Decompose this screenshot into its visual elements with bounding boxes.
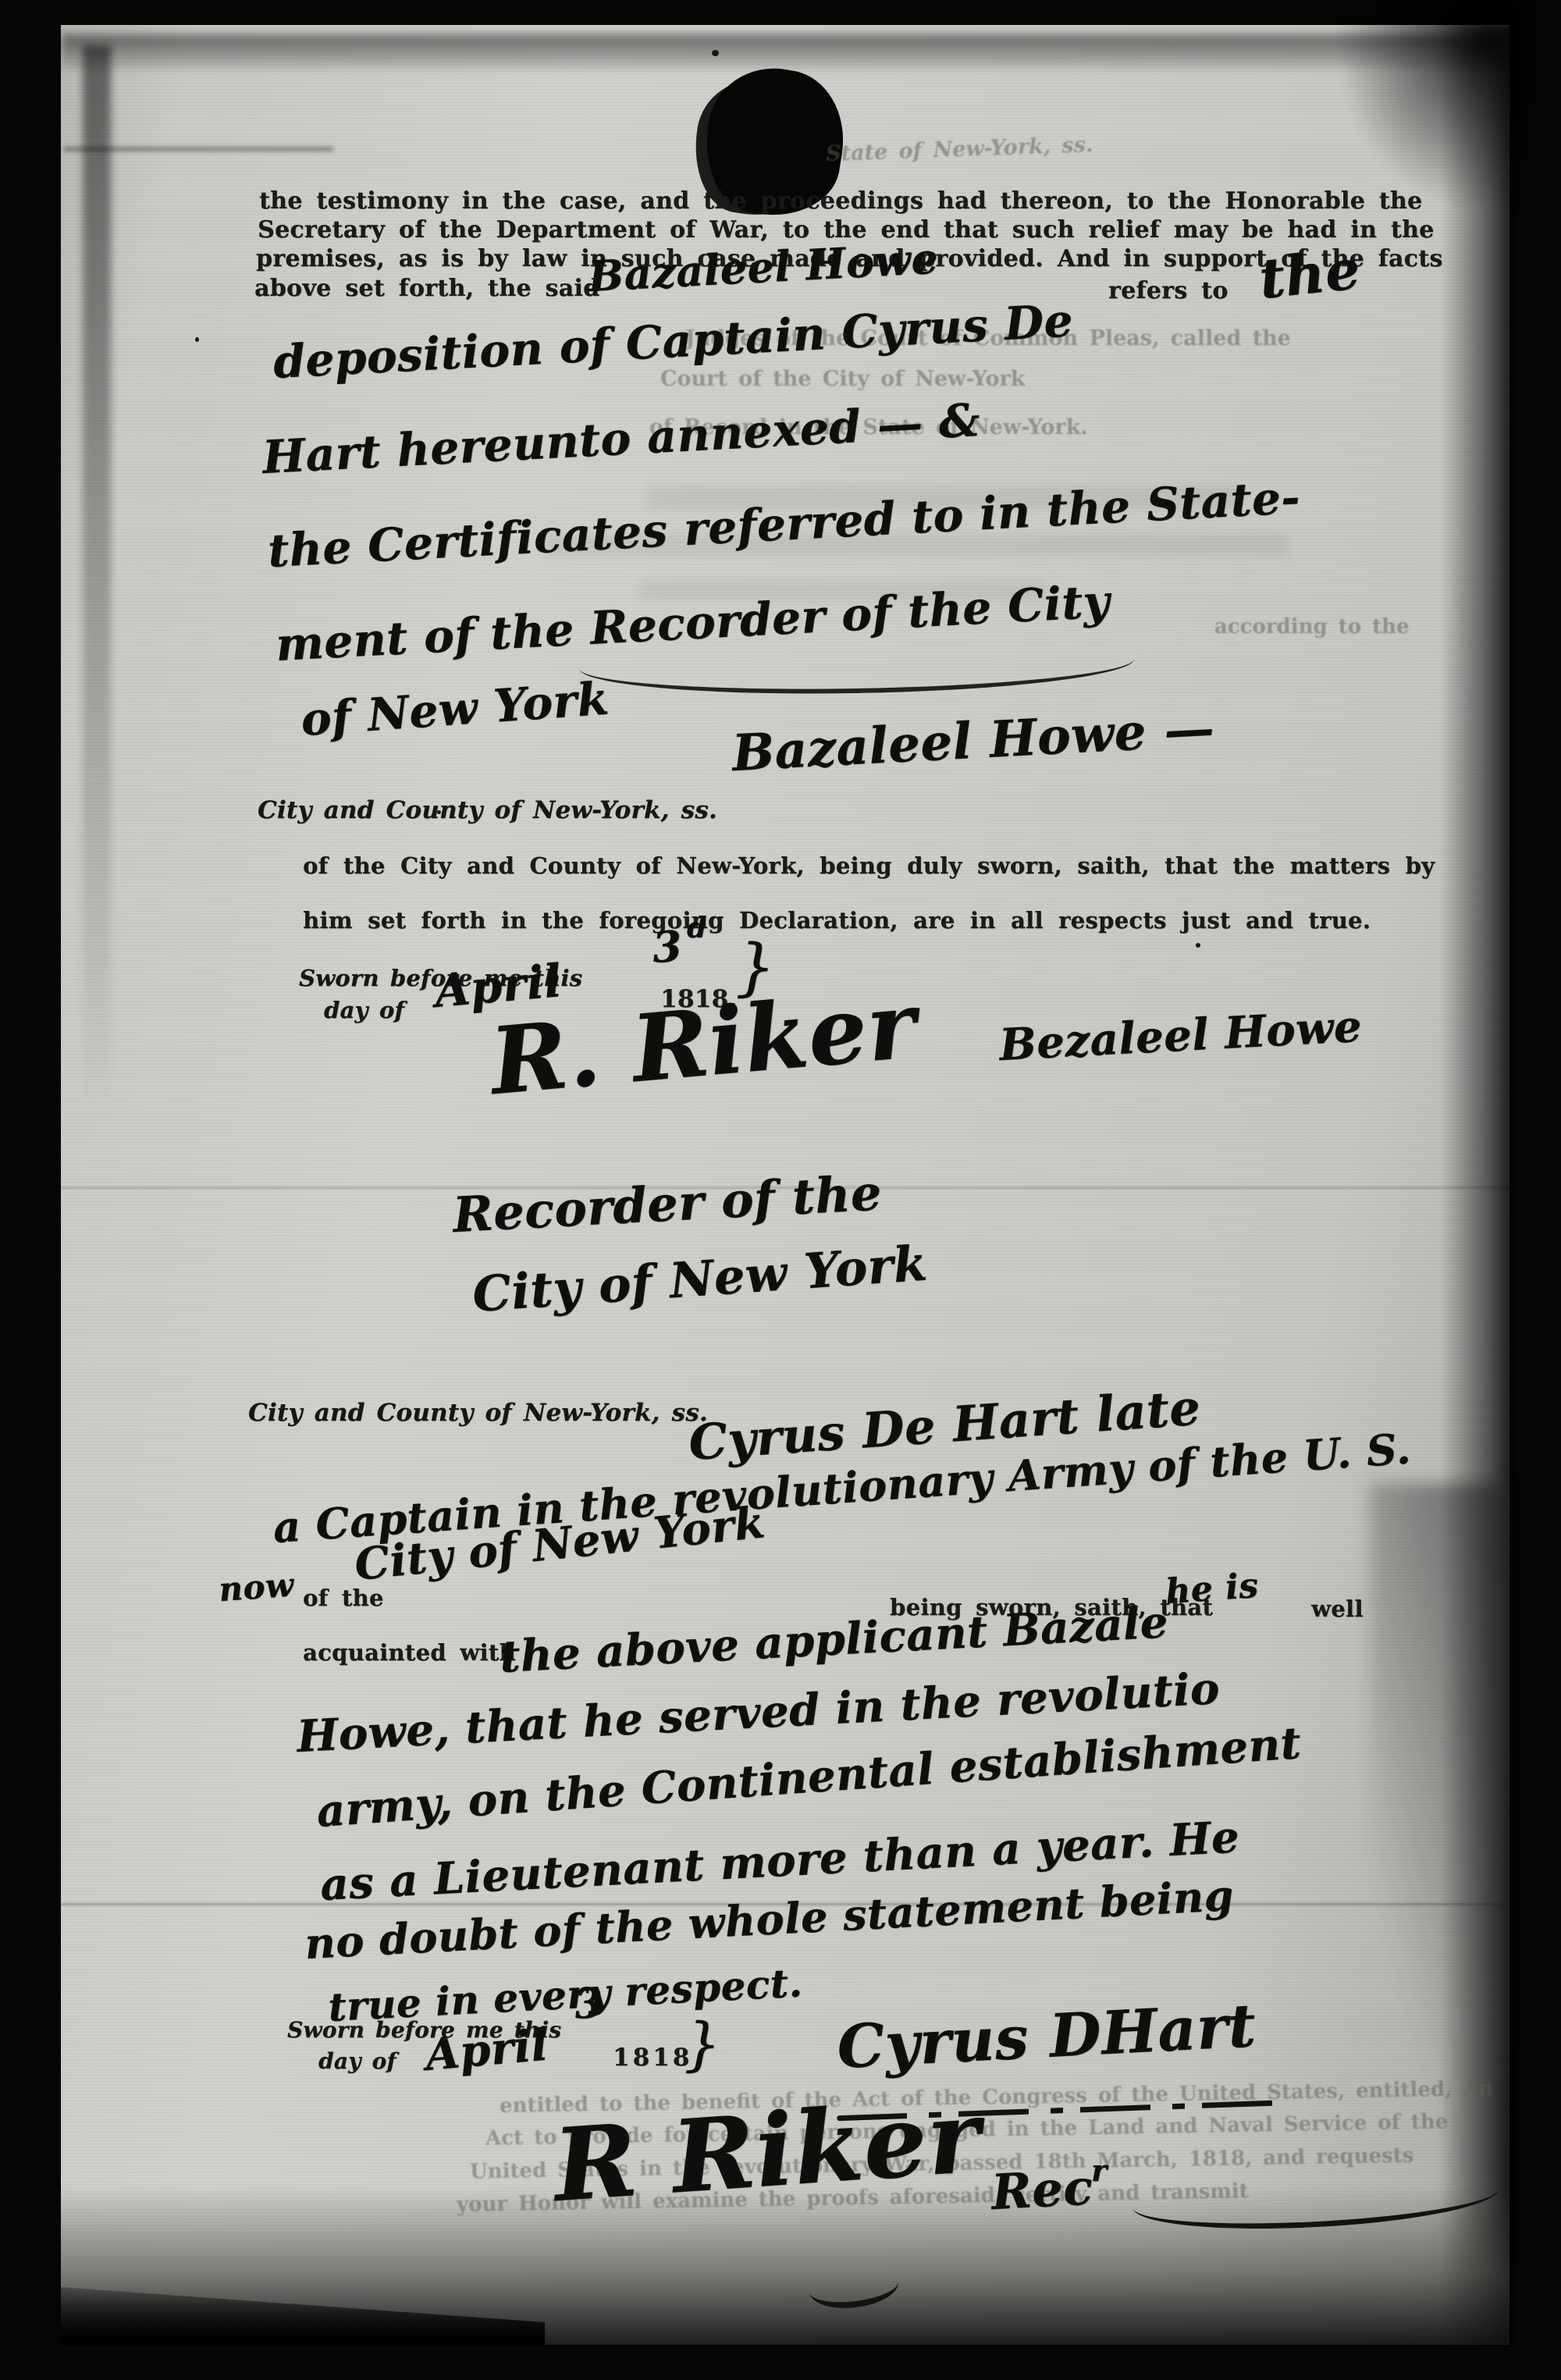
ink-speck (275, 551, 280, 557)
handwritten-now: now (218, 1565, 295, 1609)
printed-year-2: 1818 (613, 2044, 692, 2072)
handwritten-day-1-superscript: d (687, 912, 707, 945)
handwritten-day-2: 3 (573, 1980, 605, 2029)
sworn2-line-2: day of (318, 2048, 396, 2074)
ink-speck (367, 1803, 372, 1808)
handwritten-month-2: April (423, 2019, 549, 2081)
ink-speck (195, 337, 199, 342)
jurat1-heading: City and County of New-York, ss. (258, 796, 717, 824)
brace-2: } (684, 2011, 721, 2078)
handwritten-the: the (1256, 237, 1363, 311)
printed-acquainted-with: acquainted with (303, 1639, 516, 1666)
bleedthrough-line-according: according to the (1214, 615, 1410, 639)
printed-well: well (1311, 1596, 1364, 1622)
riker-title-superscript: r (1091, 2153, 1108, 2188)
printed-paragraph-line-1: the testimony in the case, and the proce… (259, 187, 1422, 215)
handwritten-day-1: 3 (651, 920, 684, 973)
jurat1-line-2: him set forth in the foregoing Declarati… (303, 907, 1371, 934)
ink-speck (437, 810, 441, 814)
printed-paragraph-line-4: above set forth, the said (254, 275, 599, 302)
riker-title-abbrev: Rec (990, 2158, 1094, 2221)
ink-speck (1196, 943, 1200, 948)
sworn1-line-2: day of (324, 997, 404, 1023)
jurat2-heading: City and County of New-York, ss. (248, 1399, 708, 1427)
printed-refers-to: refers to (1108, 277, 1229, 304)
bleedthrough-line-court: Court of the City of New-York (660, 367, 1025, 391)
scan-background: State of New-York, ss. Judges of the Cou… (0, 0, 1561, 2380)
handwritten-he-is: he is (1164, 1566, 1260, 1612)
jurat1-line-1: of the City and County of New-York, bein… (303, 852, 1435, 879)
ink-speck (712, 50, 719, 56)
